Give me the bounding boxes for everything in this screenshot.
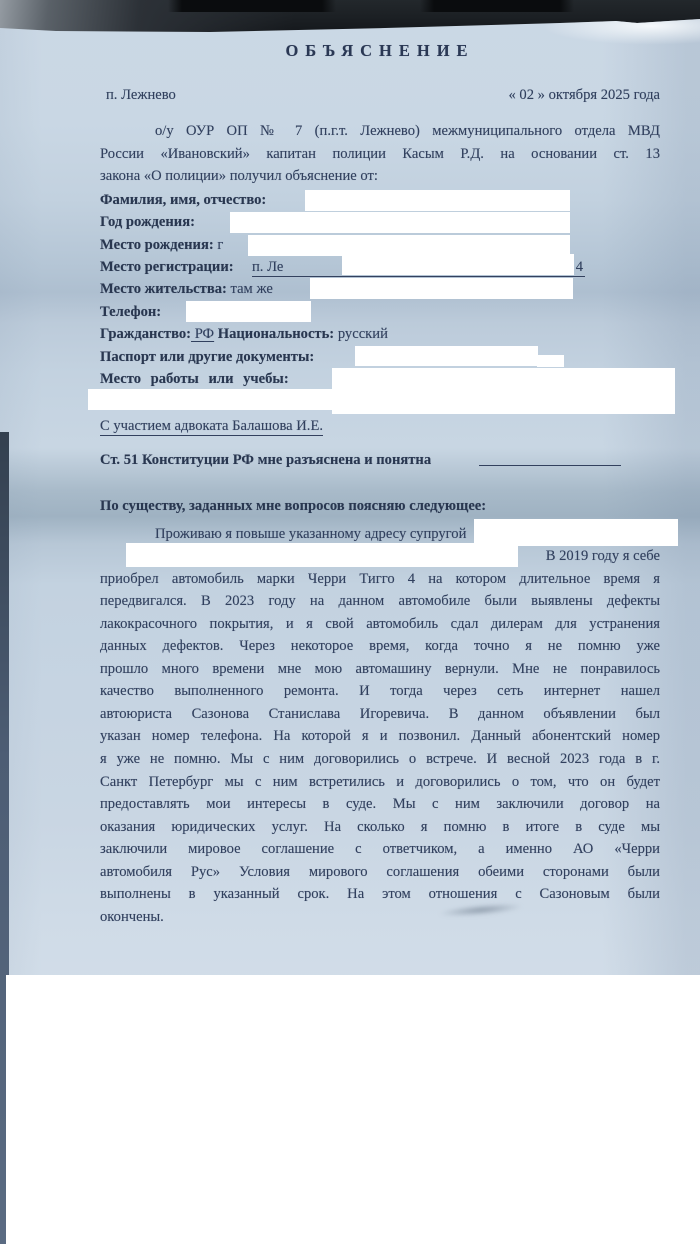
field-label: Год рождения: [100,214,195,230]
field-label: Место жительства: [100,281,227,297]
statement-line: выполнены в указанный срок. На этом отно… [100,883,660,906]
field-value: там же [227,281,273,297]
field-label: Фамилия, имя, отчество: [100,192,266,208]
field-row: Место регистрации:п. Ле4 [100,256,660,278]
field-row: Место жительства: там же [100,278,660,300]
document-photo: ОБЪЯСНЕНИЕ п. Лежнево « 02 » октября 202… [0,0,700,1244]
statement-line: окончены. [100,906,660,929]
field-row: Телефон: [100,301,660,323]
field-row: Фамилия, имя, отчество: [100,189,660,211]
place-label: п. Лежнево [106,84,176,107]
intro-line: закона «О полиции» получил объяснение от… [100,165,660,188]
signature-blank-line [479,465,621,466]
registration-value-underlined: п. Ле4 [252,256,585,277]
redaction-box [126,543,518,567]
statement-line: передвигался. В 2023 году на данном авто… [100,590,660,613]
field-label: Национальность: [214,326,334,342]
field-row: Место работы или учебы: [100,368,660,390]
statement-line: оказания юридических услуг. На сколько я… [100,816,660,839]
essence-heading: По существу, заданных мне вопросов поясн… [100,495,660,518]
statement-line: приобрел автомобиль марки Черри Тигго 4 … [100,568,660,591]
intro-line: России «Ивановский» капитан полиции Касы… [100,143,660,166]
statement-line: лакокрасочного покрытия, и я свой автомо… [100,613,660,636]
statement-line: указан номер телефона. На которой я и по… [100,725,660,748]
statement-line: Проживаю я повыше указанному адресу супр… [100,523,660,546]
statement-line: Санкт Петербург мы с ним встретились и д… [100,771,660,794]
statement-line: В 2019 году я себе [100,545,660,568]
redaction-box [88,389,436,410]
date-label: « 02 » октября 2025 года [508,84,660,107]
field-row: Паспорт или другие документы: [100,346,660,368]
redaction-box [248,235,570,256]
bottom-redaction-box [6,975,700,1244]
attorney-line: С участием адвоката Балашова И.Е. [100,415,660,438]
field-row: Год рождения: [100,211,660,233]
person-fields: Фамилия, имя, отчество:Год рождения:Мест… [100,189,660,413]
statement-line: заключили мировое соглашение с ответчико… [100,838,660,861]
field-label: Гражданство: [100,326,191,342]
redaction-box [342,254,574,275]
statement-line: предоставлять мои интересы в суде. Мы с … [100,793,660,816]
field-label: Паспорт или другие документы: [100,349,314,365]
redaction-box [355,346,538,366]
field-label: Телефон: [100,304,161,320]
field-value: г [214,237,224,253]
statement-line: автомобиля Рус» Условия мирового соглаше… [100,861,660,884]
redaction-box [305,190,570,211]
place-date-row: п. Лежнево « 02 » октября 2025 года [100,84,660,107]
redaction-box [230,212,570,233]
statement-line: я уже не помню. Мы с ним договорились о … [100,748,660,771]
document-content: ОБЪЯСНЕНИЕ п. Лежнево « 02 » октября 202… [0,0,700,928]
document-title: ОБЪЯСНЕНИЕ [100,40,660,63]
redaction-box [537,355,564,367]
field-value: русский [334,326,388,342]
statement-line: качество выполненного ремонта. И тогда ч… [100,680,660,703]
statement-line: прошло много времени мне мою автомашину … [100,658,660,681]
intro-line: о/у ОУР ОП № 7 (п.г.т. Лежнево) межмуниц… [100,120,660,143]
field-label: Место рождения: [100,237,214,253]
background-dark-tabs [0,0,700,12]
statement-line: автоюриста Сазонова Станислава Игоревича… [100,703,660,726]
redaction-box [474,519,678,546]
field-label: Место работы или учебы: [100,371,289,387]
statement-paragraph: Проживаю я повыше указанному адресу супр… [100,523,660,929]
statement-line: данных дефектов. Через некоторое время, … [100,635,660,658]
redaction-box [310,278,573,299]
redaction-box [186,301,311,322]
field-value: РФ [191,326,214,342]
article-51-line: Ст. 51 Конституции РФ мне разъяснена и п… [100,449,660,472]
field-label: Место регистрации: [100,259,234,275]
intro-paragraph: о/у ОУР ОП № 7 (п.г.т. Лежнево) межмуниц… [100,120,660,188]
field-row: Место рождения: г [100,234,660,256]
field-row: Гражданство: РФ Национальность: русский [100,323,660,345]
